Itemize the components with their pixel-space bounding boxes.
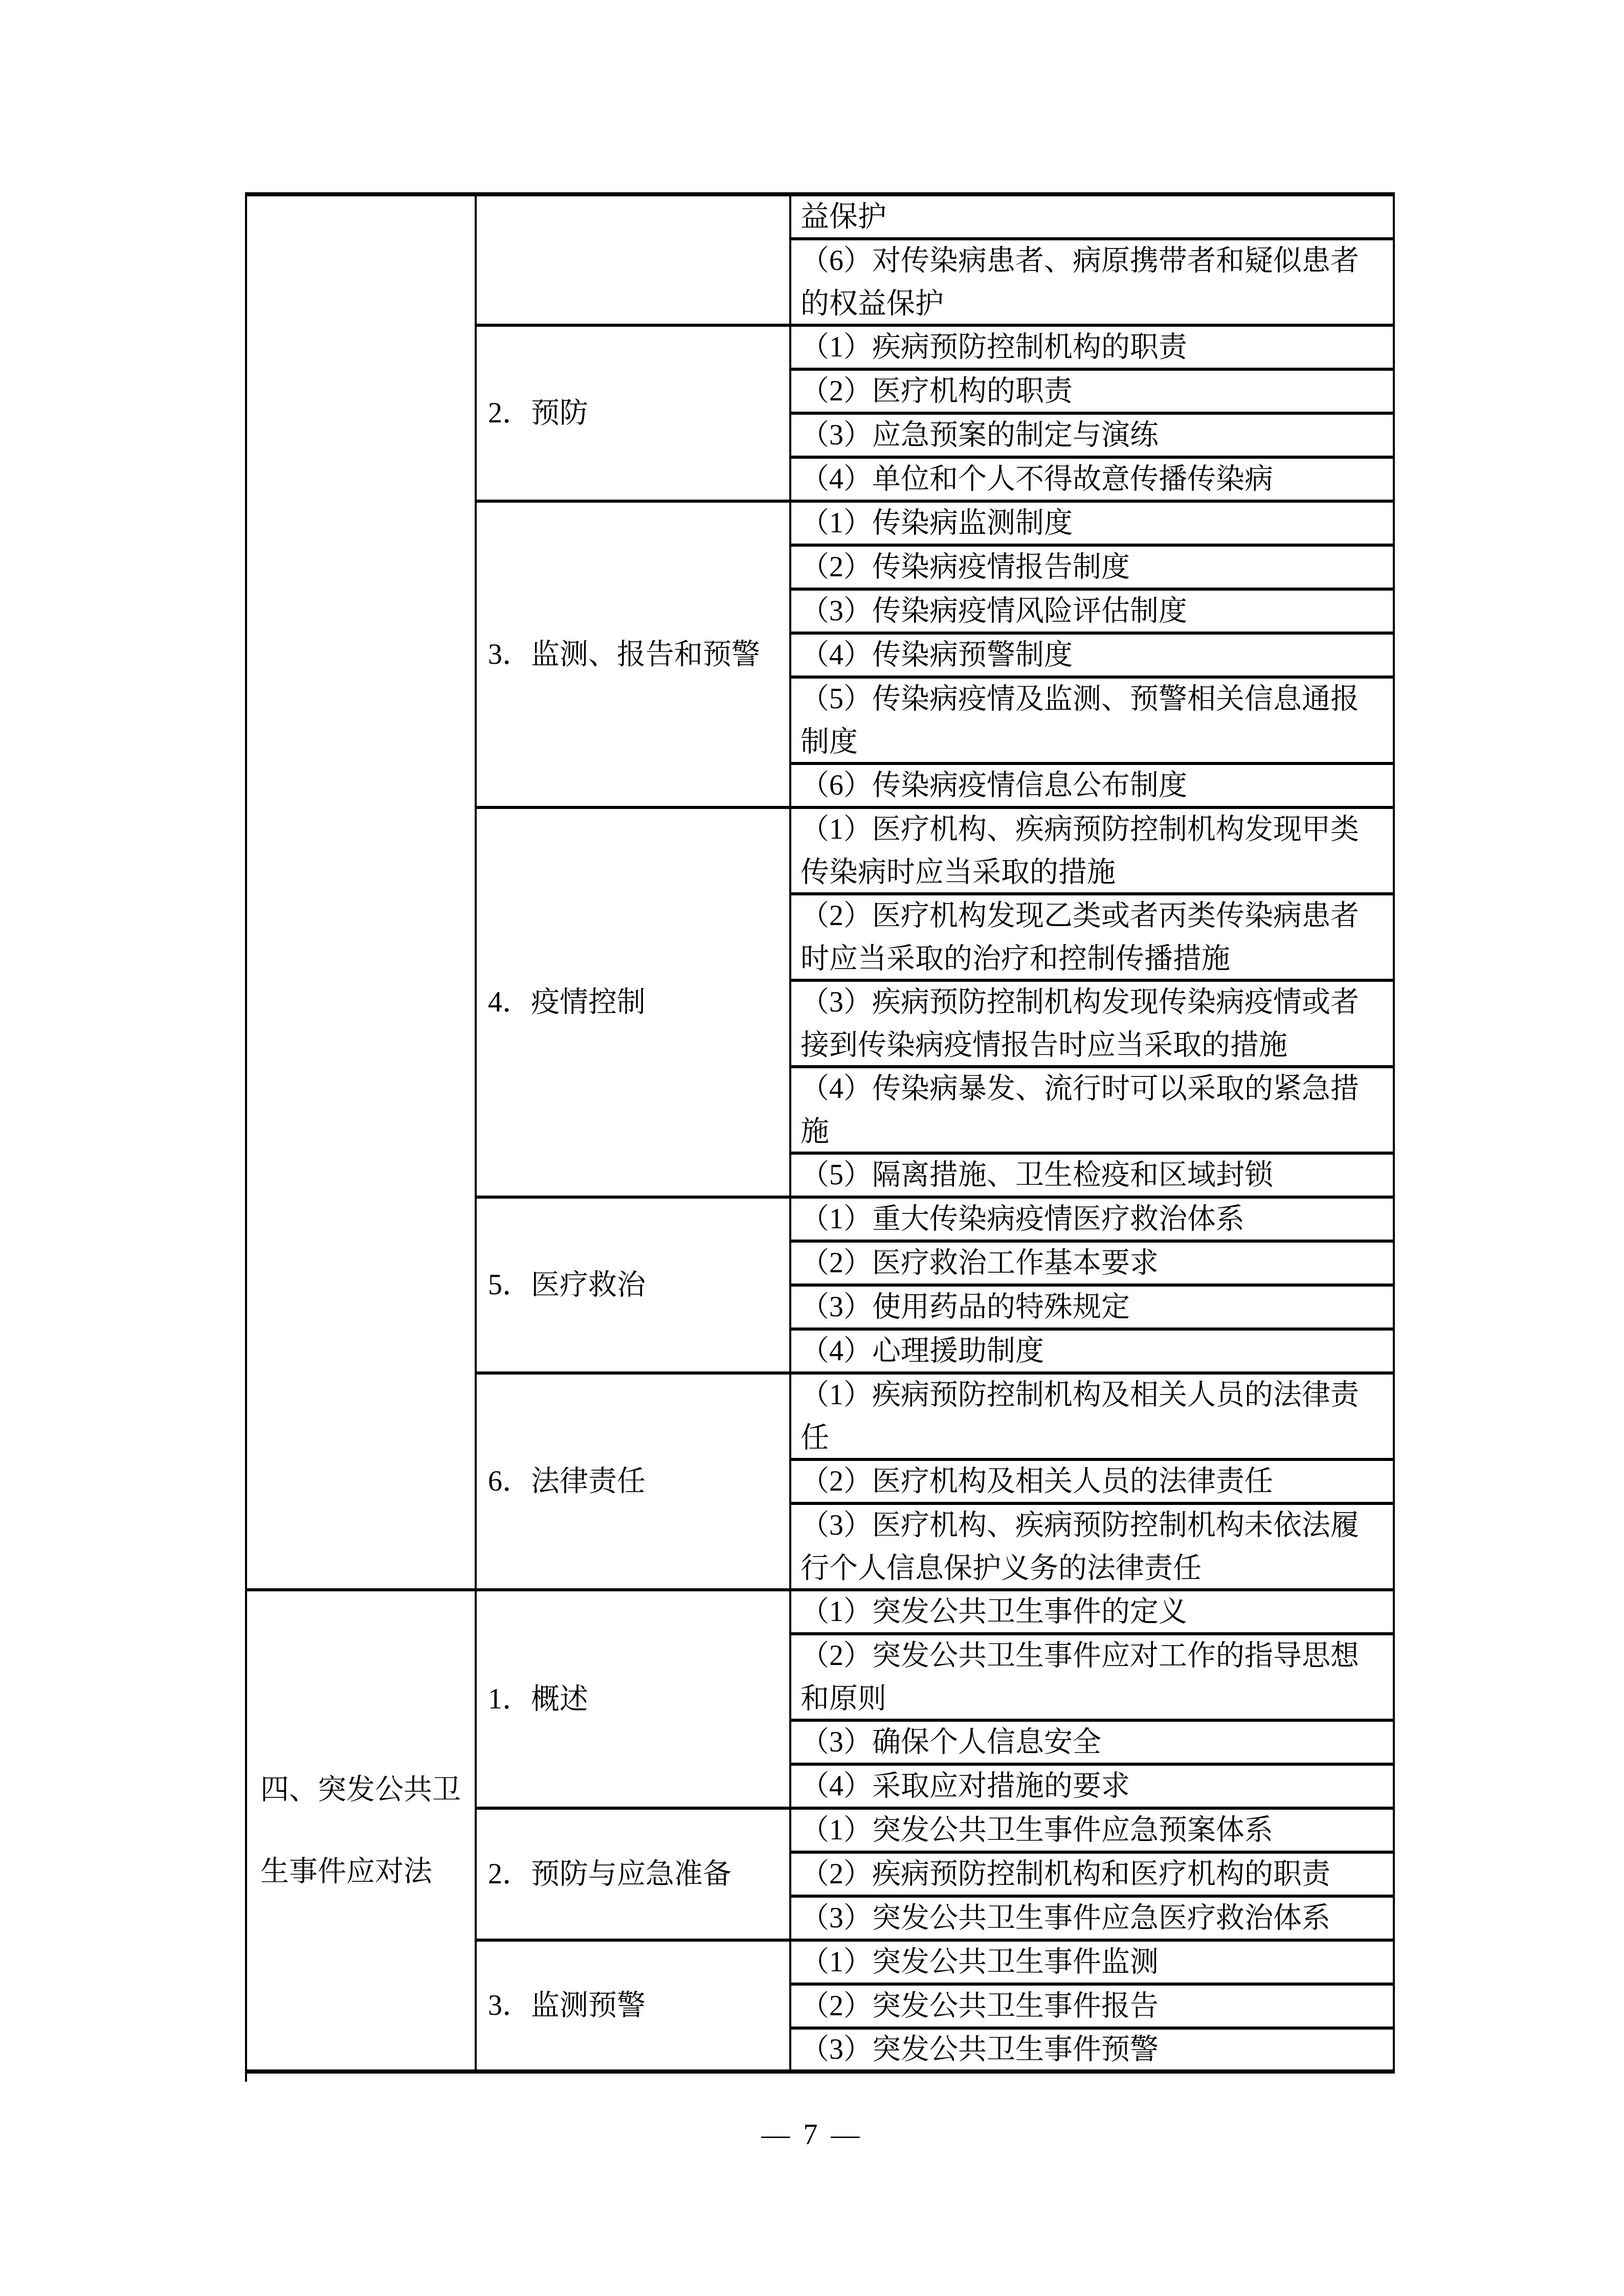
section-label-cell: 1．概述	[477, 1591, 791, 1810]
item-cell: （2）突发公共卫生事件报告	[791, 1986, 1395, 2030]
item-cell: （2）医疗救治工作基本要求	[791, 1243, 1395, 1287]
item-cell: （1）医疗机构、疾病预防控制机构发现甲类 传染病时应当采取的措施	[791, 809, 1395, 895]
item-cell: （1）重大传染病疫情医疗救治体系	[791, 1199, 1395, 1243]
item-cell: （6）传染病疫情信息公布制度	[791, 765, 1395, 809]
section-label-cell: 3．监测、报告和预警	[477, 503, 791, 809]
item-cell: （1）疾病预防控制机构的职责	[791, 327, 1395, 371]
chapter-title-cell: 四、突发公共卫 生事件应对法	[247, 1591, 477, 2074]
section-label-cell: 2．预防	[477, 327, 791, 503]
item-cell: （1）传染病监测制度	[791, 503, 1395, 547]
item-cell: （1）疾病预防控制机构及相关人员的法律责 任	[791, 1375, 1395, 1461]
item-cell: （3）突发公共卫生事件应急医疗救治体系	[791, 1898, 1395, 1942]
item-cell: （5）隔离措施、卫生检疫和区域封锁	[791, 1155, 1395, 1199]
item-cell: （1）突发公共卫生事件监测	[791, 1942, 1395, 1986]
item-cell: （2）医疗机构的职责	[791, 371, 1395, 415]
item-cell: （3）突发公共卫生事件预警	[791, 2030, 1395, 2074]
item-cell: （6）对传染病患者、病原携带者和疑似患者 的权益保护	[791, 240, 1395, 327]
item-cell: （3）传染病疫情风险评估制度	[791, 591, 1395, 635]
item-cell: 益保护	[791, 196, 1395, 240]
item-cell: （3）确保个人信息安全	[791, 1722, 1395, 1766]
item-cell: （3）应急预案的制定与演练	[791, 415, 1395, 459]
chapter-title-cell	[247, 196, 477, 1591]
item-cell: （4）传染病暴发、流行时可以采取的紧急措 施	[791, 1068, 1395, 1155]
item-cell: （4）单位和个人不得故意传播传染病	[791, 459, 1395, 503]
item-cell: （2）医疗机构发现乙类或者丙类传染病患者 时应当采取的治疗和控制传播措施	[791, 895, 1395, 982]
item-cell: （3）医疗机构、疾病预防控制机构未依法履 行个人信息保护义务的法律责任	[791, 1505, 1395, 1591]
section-label-cell: 5．医疗救治	[477, 1199, 791, 1375]
section-label-cell: 3．监测预警	[477, 1942, 791, 2074]
item-cell: （3）使用药品的特殊规定	[791, 1287, 1395, 1331]
item-cell: （3）疾病预防控制机构发现传染病疫情或者 接到传染病疫情报告时应当采取的措施	[791, 982, 1395, 1068]
section-label-cell: 4．疫情控制	[477, 809, 791, 1199]
item-cell: （2）传染病疫情报告制度	[791, 547, 1395, 591]
section-label-cell	[477, 196, 791, 327]
item-cell: （2）疾病预防控制机构和医疗机构的职责	[791, 1854, 1395, 1898]
item-cell: （2）突发公共卫生事件应对工作的指导思想 和原则	[791, 1635, 1395, 1722]
syllabus-table: 四、突发公共卫 生事件应对法 2．预防 3．监测、报告和预警 4．疫情控制 5．…	[245, 192, 1395, 2082]
item-cell: （2）医疗机构及相关人员的法律责任	[791, 1461, 1395, 1505]
item-cell: （5）传染病疫情及监测、预警相关信息通报 制度	[791, 679, 1395, 765]
section-label-cell: 2．预防与应急准备	[477, 1810, 791, 1942]
page-number: — 7 —	[0, 2113, 1624, 2156]
item-cell: （4）心理援助制度	[791, 1331, 1395, 1375]
item-cell: （1）突发公共卫生事件应急预案体系	[791, 1810, 1395, 1854]
document-page: 四、突发公共卫 生事件应对法 2．预防 3．监测、报告和预警 4．疫情控制 5．…	[0, 0, 1624, 2296]
item-cell: （1）突发公共卫生事件的定义	[791, 1591, 1395, 1635]
section-label-cell: 6．法律责任	[477, 1375, 791, 1591]
item-cell: （4）采取应对措施的要求	[791, 1766, 1395, 1810]
item-cell: （4）传染病预警制度	[791, 635, 1395, 679]
